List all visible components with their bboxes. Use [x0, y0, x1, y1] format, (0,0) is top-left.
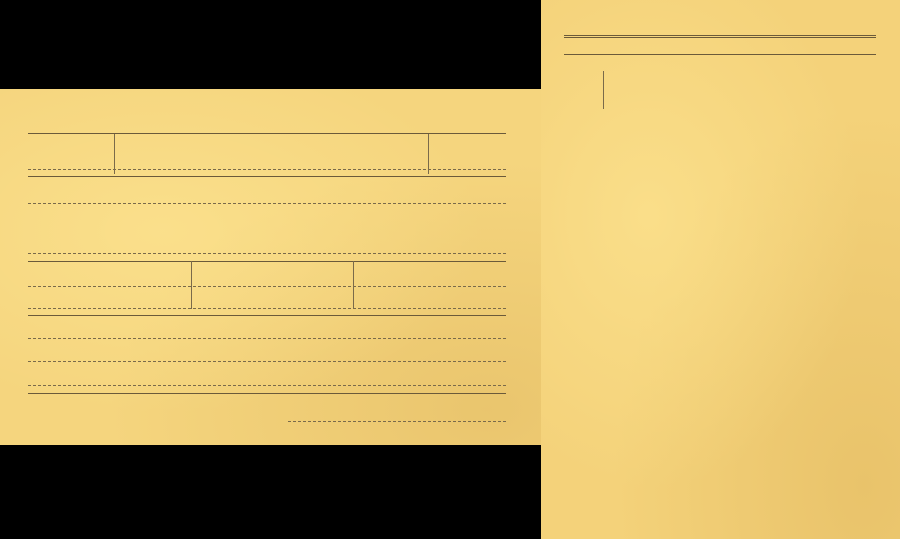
registration-card-front [0, 89, 541, 445]
registration-card-back [541, 0, 900, 539]
